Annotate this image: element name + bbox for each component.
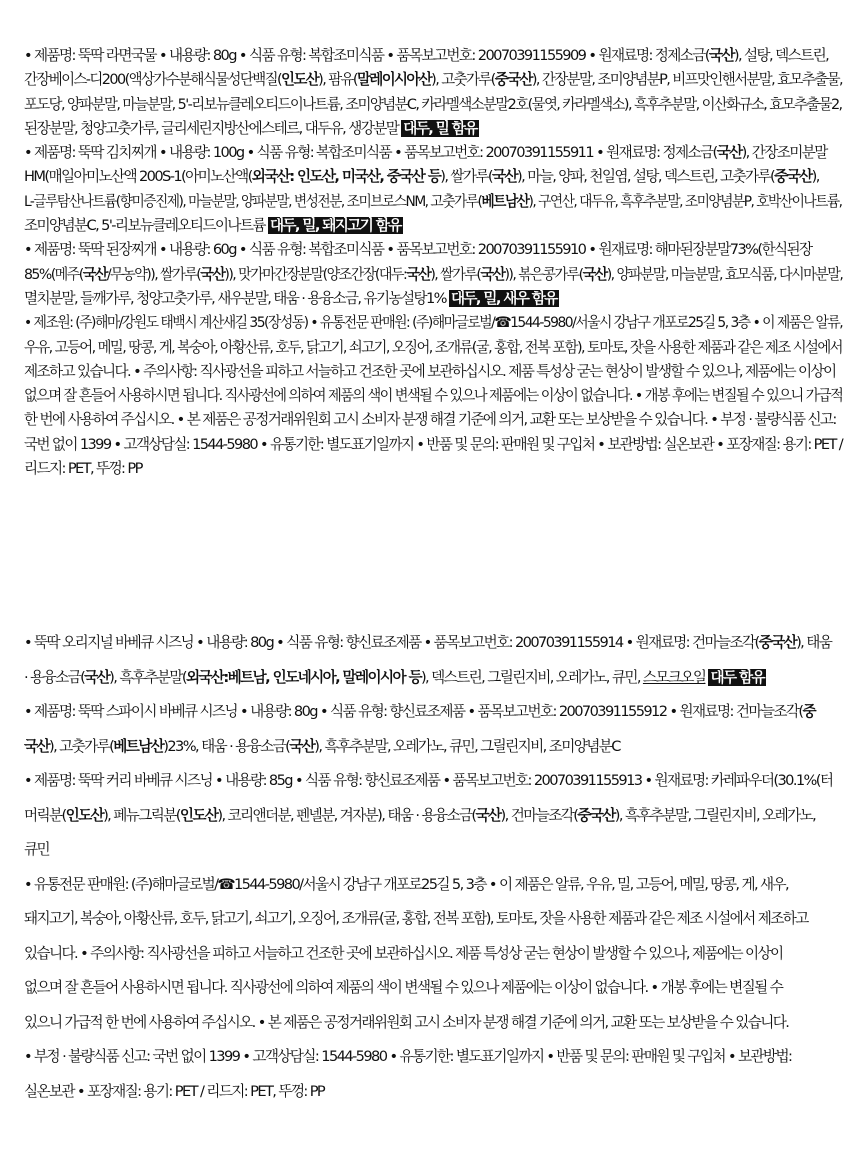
text-segment: /무농약)), 쌀가루( <box>107 266 200 283</box>
text-segment: 간장베이스-디200(액상가수분해식물성단백질( <box>24 71 281 88</box>
text-segment: ), 간장분말, 조미양념분P, 비프맛인핸서분말, 효모추출물, <box>532 71 842 88</box>
text-segment: ), 건마늘조각( <box>501 807 578 824</box>
text-segment: • 제품명: 뚝딱 스파이시 바베큐 시즈닝 • 내용량: 80g • 식품 유… <box>24 703 802 720</box>
text-segment: )), 맛가마간장분말(양조간장(대두: <box>224 266 406 283</box>
text-segment: 머릭분( <box>24 807 66 824</box>
product-info-section-soup: • 제품명: 뚝딱 라면국물 • 내용량: 80g • 식품 유형: 복합조미식… <box>24 44 842 481</box>
text-segment: 85%(메주( <box>24 266 83 283</box>
origin-label: 외국산: 인도산, 미국산, 중국산 등 <box>252 168 441 185</box>
text-line: HM(매일아미노산액 200S-1(아미노산액(외국산: 인도산, 미국산, 중… <box>24 165 842 189</box>
origin-label: 국산 <box>84 669 109 686</box>
origin-label: 중국산 <box>495 71 532 88</box>
text-segment: ), 고춧가루( <box>431 71 495 88</box>
text-line: • 제품명: 뚝딱 라면국물 • 내용량: 80g • 식품 유형: 복합조미식… <box>24 44 842 68</box>
origin-label: 중 <box>802 703 815 720</box>
text-segment: ), 구연산, 대두유, 흑후추분말, 조미양념분P, 호박산이나트륨, <box>529 193 842 210</box>
text-segment: 큐민 <box>24 841 49 858</box>
text-line: 간장베이스-디200(액상가수분해식물성단백질(인도산), 팜유(말레이시아산)… <box>24 68 833 92</box>
origin-label: 국산 <box>480 266 504 283</box>
origin-label: 국산 <box>583 266 607 283</box>
text-segment: • 제품명: 뚝딱 김치찌개 • 내용량: 100g • 식품 유형: 복합조미… <box>24 144 717 161</box>
text-segment: • 제품명: 뚝딱 라면국물 • 내용량: 80g • 식품 유형: 복합조미식… <box>24 47 709 64</box>
origin-label: 베트남산 <box>481 193 528 210</box>
text-segment: ), 코리앤더분, 펜넬분, 겨자분), 태움 · 용융소금( <box>217 807 475 824</box>
text-segment: ), 덱스트린, 그릴린지비, 오레가노, 큐민, <box>421 669 643 686</box>
text-line: • 제품명: 뚝딱 스파이시 바베큐 시즈닝 • 내용량: 80g • 식품 유… <box>24 695 842 730</box>
text-segment: • 제조원: (주)해마/강원도 태백시 계산새길 35(장성동) • 유통전문… <box>24 314 842 331</box>
text-line: 있으니 가급적 한 번에 사용하여 주십시오. • 본 제품은 공정거래위원회 … <box>24 1006 842 1041</box>
origin-label: 말레이시아산 <box>357 71 431 88</box>
text-segment: 국번 없이 1399 • 고객상담실: 1544-5980 • 유통기한: 별도… <box>24 436 842 453</box>
text-line: 실온보관 • 포장재질: 용기: PET / 리드지: PET, 뚜껑: PP <box>24 1075 842 1110</box>
text-line: 85%(메주(국산/무농약)), 쌀가루(국산)), 맛가마간장분말(양조간장(… <box>24 263 814 287</box>
origin-label: 중국산 <box>577 807 615 824</box>
origin-label: 인도산 <box>66 807 104 824</box>
text-line: • 제품명: 뚝딱 커리 바베큐 시즈닝 • 내용량: 85g • 식품 유형:… <box>24 764 842 799</box>
text-segment: ), 마늘, 양파, 천일염, 설탕, 덱스트린, 고춧가루( <box>517 168 774 185</box>
origin-label: 중국산 <box>774 168 812 185</box>
text-segment: 된장분말, 청양고춧가루, 글리세린지방산에스테르, 대두유, 생강분말 <box>24 120 401 137</box>
text-segment: ), 흑후추분말, 오레가노, 큐민, 그릴린지비, 조미양념분C <box>314 738 620 755</box>
text-segment: ), 양파분말, 마늘분말, 효모식품, 다시마분말, <box>607 266 843 283</box>
text-line: · 용융소금(국산), 흑후추분말(외국산:베트남, 인도네시아, 말레이시아 … <box>24 661 842 696</box>
text-line: 돼지고기, 복숭아, 아황산류, 호두, 닭고기, 쇠고기, 오징어, 조개류(… <box>24 902 842 937</box>
text-line: 국번 없이 1399 • 고객상담실: 1544-5980 • 유통기한: 별도… <box>24 433 839 457</box>
allergen-badge: 대두, 밀 함유 <box>401 120 478 137</box>
text-line: • 뚝딱 오리지널 바베큐 시즈닝 • 내용량: 80g • 식품 유형: 향신… <box>24 626 842 661</box>
text-line: 포도당, 양파분말, 마늘분말, 5'-리보뉴클레오티드이나트륨, 조미양념분C… <box>24 93 831 117</box>
text-segment: ), 태움 <box>796 634 831 651</box>
text-segment: 있습니다. • 주의사항: 직사광선을 피하고 서늘하고 건조한 곳에 보관하십… <box>24 945 782 962</box>
origin-label: 국산 <box>476 807 501 824</box>
text-line: 멸치분말, 들깨가루, 청양고춧가루, 새우분말, 태움 · 용융소금, 유기농… <box>24 287 842 311</box>
allergen-badge: 대두 함유 <box>708 669 765 686</box>
text-segment: ), 설탕, 덱스트린, <box>734 47 828 64</box>
origin-label: 베트남산 <box>113 738 163 755</box>
origin-label: 국산 <box>709 47 734 64</box>
text-segment: • 유통전문 판매원: (주)해마글로벌/☎1544-5980/서울시 강남구 … <box>24 876 788 893</box>
text-segment: 조미양념분C, 5'-리보뉴클레오티드이나트륨 <box>24 217 268 234</box>
origin-label: 중국산 <box>759 634 797 651</box>
origin-label: 외국산:베트남, 인도네시아, 말레이시아 등 <box>186 669 421 686</box>
origin-label: 인도산 <box>180 807 218 824</box>
text-segment: • 제품명: 뚝딱 커리 바베큐 시즈닝 • 내용량: 85g • 식품 유형:… <box>24 772 832 789</box>
text-segment: ), 쌀가루( <box>440 168 492 185</box>
text-line: 제조하고 있습니다. • 주의사항: 직사광선을 피하고 서늘하고 건조한 곳에… <box>24 360 842 384</box>
text-segment: )23%, 태움 · 용융소금( <box>163 738 289 755</box>
text-segment: ), 흑후추분말( <box>109 669 186 686</box>
text-segment: • 부정 · 불량식품 신고: 국번 없이 1399 • 고객상담실: 1544… <box>24 1048 791 1065</box>
text-segment: · 용융소금( <box>24 669 84 686</box>
text-line: 없으며 잘 흔들어 사용하시면 됩니다. 직사광선에 의하여 제품의 색이 변색… <box>24 384 822 408</box>
text-line: L-글루탐산나트륨(향미증진제), 마늘분말, 양파분말, 변성전분, 조미브로… <box>24 190 795 214</box>
text-line: • 부정 · 불량식품 신고: 국번 없이 1399 • 고객상담실: 1544… <box>24 1040 842 1075</box>
text-segment: 한 번에 사용하여 주십시오. • 본 제품은 공정거래위원회 고시 소비자 분… <box>24 411 836 428</box>
text-segment: ), 간장조미분말 <box>742 144 827 161</box>
text-line: • 제품명: 뚝딱 김치찌개 • 내용량: 100g • 식품 유형: 복합조미… <box>24 141 842 165</box>
text-line: • 유통전문 판매원: (주)해마글로벌/☎1544-5980/서울시 강남구 … <box>24 868 842 903</box>
text-segment: ), 쌀가루( <box>430 266 480 283</box>
text-segment: ), 팜유( <box>318 71 357 88</box>
text-line: 없으며 잘 흔들어 사용하시면 됩니다. 직사광선에 의하여 제품의 색이 변색… <box>24 971 842 1006</box>
origin-label: 국산 <box>406 266 430 283</box>
text-segment: 실온보관 • 포장재질: 용기: PET / 리드지: PET, 뚜껑: PP <box>24 1083 324 1100</box>
origin-label: 국산 <box>24 738 49 755</box>
text-segment: HM(매일아미노산액 200S-1(아미노산액( <box>24 168 252 185</box>
origin-label: 국산 <box>717 144 742 161</box>
product-info-section-seasoning: • 뚝딱 오리지널 바베큐 시즈닝 • 내용량: 80g • 식품 유형: 향신… <box>24 626 842 1109</box>
text-line: 머릭분(인도산), 페뉴그릭분(인도산), 코리앤더분, 펜넬분, 겨자분), … <box>24 799 842 834</box>
origin-label: 국산 <box>83 266 107 283</box>
text-segment: ), 고춧가루( <box>49 738 113 755</box>
text-segment: ), 페뉴그릭분( <box>103 807 180 824</box>
text-line: 조미양념분C, 5'-리보뉴클레오티드이나트륨 대두, 밀, 돼지고기 함유 <box>24 214 842 238</box>
text-segment: 포도당, 양파분말, 마늘분말, 5'-리보뉴클레오티드이나트륨, 조미양념분C… <box>24 96 842 113</box>
text-segment: ), 흑후추분말, 그릴린지비, 오레가노, <box>615 807 815 824</box>
origin-label: 국산 <box>289 738 314 755</box>
text-line: 있습니다. • 주의사항: 직사광선을 피하고 서늘하고 건조한 곳에 보관하십… <box>24 937 842 972</box>
text-line: • 제조원: (주)해마/강원도 태백시 계산새길 35(장성동) • 유통전문… <box>24 311 802 335</box>
text-segment: 있으니 가급적 한 번에 사용하여 주십시오. • 본 제품은 공정거래위원회 … <box>24 1014 788 1031</box>
text-segment: )), 볶은콩가루( <box>504 266 582 283</box>
text-line: 큐민 <box>24 833 842 868</box>
text-line: 된장분말, 청양고춧가루, 글리세린지방산에스테르, 대두유, 생강분말 대두,… <box>24 117 842 141</box>
text-segment: 우유, 고등어, 메밀, 땅콩, 게, 복숭아, 아황산류, 호두, 닭고기, … <box>24 339 842 356</box>
text-segment: 돼지고기, 복숭아, 아황산류, 호두, 닭고기, 쇠고기, 오징어, 조개류(… <box>24 910 808 927</box>
text-line: 한 번에 사용하여 주십시오. • 본 제품은 공정거래위원회 고시 소비자 분… <box>24 408 842 432</box>
text-segment: 없으며 잘 흔들어 사용하시면 됩니다. 직사광선에 의하여 제품의 색이 변색… <box>24 387 842 404</box>
text-line: 리드지: PET, 뚜껑: PP <box>24 457 842 481</box>
text-line: • 제품명: 뚝딱 된장찌개 • 내용량: 60g • 식품 유형: 복합조미식… <box>24 238 842 262</box>
text-line: 우유, 고등어, 메밀, 땅콩, 게, 복숭아, 아황산류, 호두, 닭고기, … <box>24 336 830 360</box>
origin-label: 국산 <box>200 266 224 283</box>
text-segment: ), <box>812 168 819 185</box>
text-line: 국산), 고춧가루(베트남산)23%, 태움 · 용융소금(국산), 흑후추분말… <box>24 730 842 765</box>
origin-label: 인도산 <box>281 71 318 88</box>
text-segment: • 뚝딱 오리지널 바베큐 시즈닝 • 내용량: 80g • 식품 유형: 향신… <box>24 634 759 651</box>
origin-label: 국산 <box>492 168 517 185</box>
text-segment: 없으며 잘 흔들어 사용하시면 됩니다. 직사광선에 의하여 제품의 색이 변색… <box>24 979 782 996</box>
text-segment: L-글루탐산나트륨(향미증진제), 마늘분말, 양파분말, 변성전분, 조미브로… <box>24 193 481 210</box>
allergen-badge: 대두, 밀, 돼지고기 함유 <box>268 217 403 234</box>
allergen-badge: 대두, 밀, 새우 함유 <box>449 290 559 307</box>
text-segment: 리드지: PET, 뚜껑: PP <box>24 460 142 477</box>
text-segment: 스모크오일 <box>643 669 706 686</box>
text-segment: 멸치분말, 들깨가루, 청양고춧가루, 새우분말, 태움 · 용융소금, 유기농… <box>24 290 449 307</box>
text-segment: 제조하고 있습니다. • 주의사항: 직사광선을 피하고 서늘하고 건조한 곳에… <box>24 363 836 380</box>
text-segment: • 제품명: 뚝딱 된장찌개 • 내용량: 60g • 식품 유형: 복합조미식… <box>24 241 812 258</box>
